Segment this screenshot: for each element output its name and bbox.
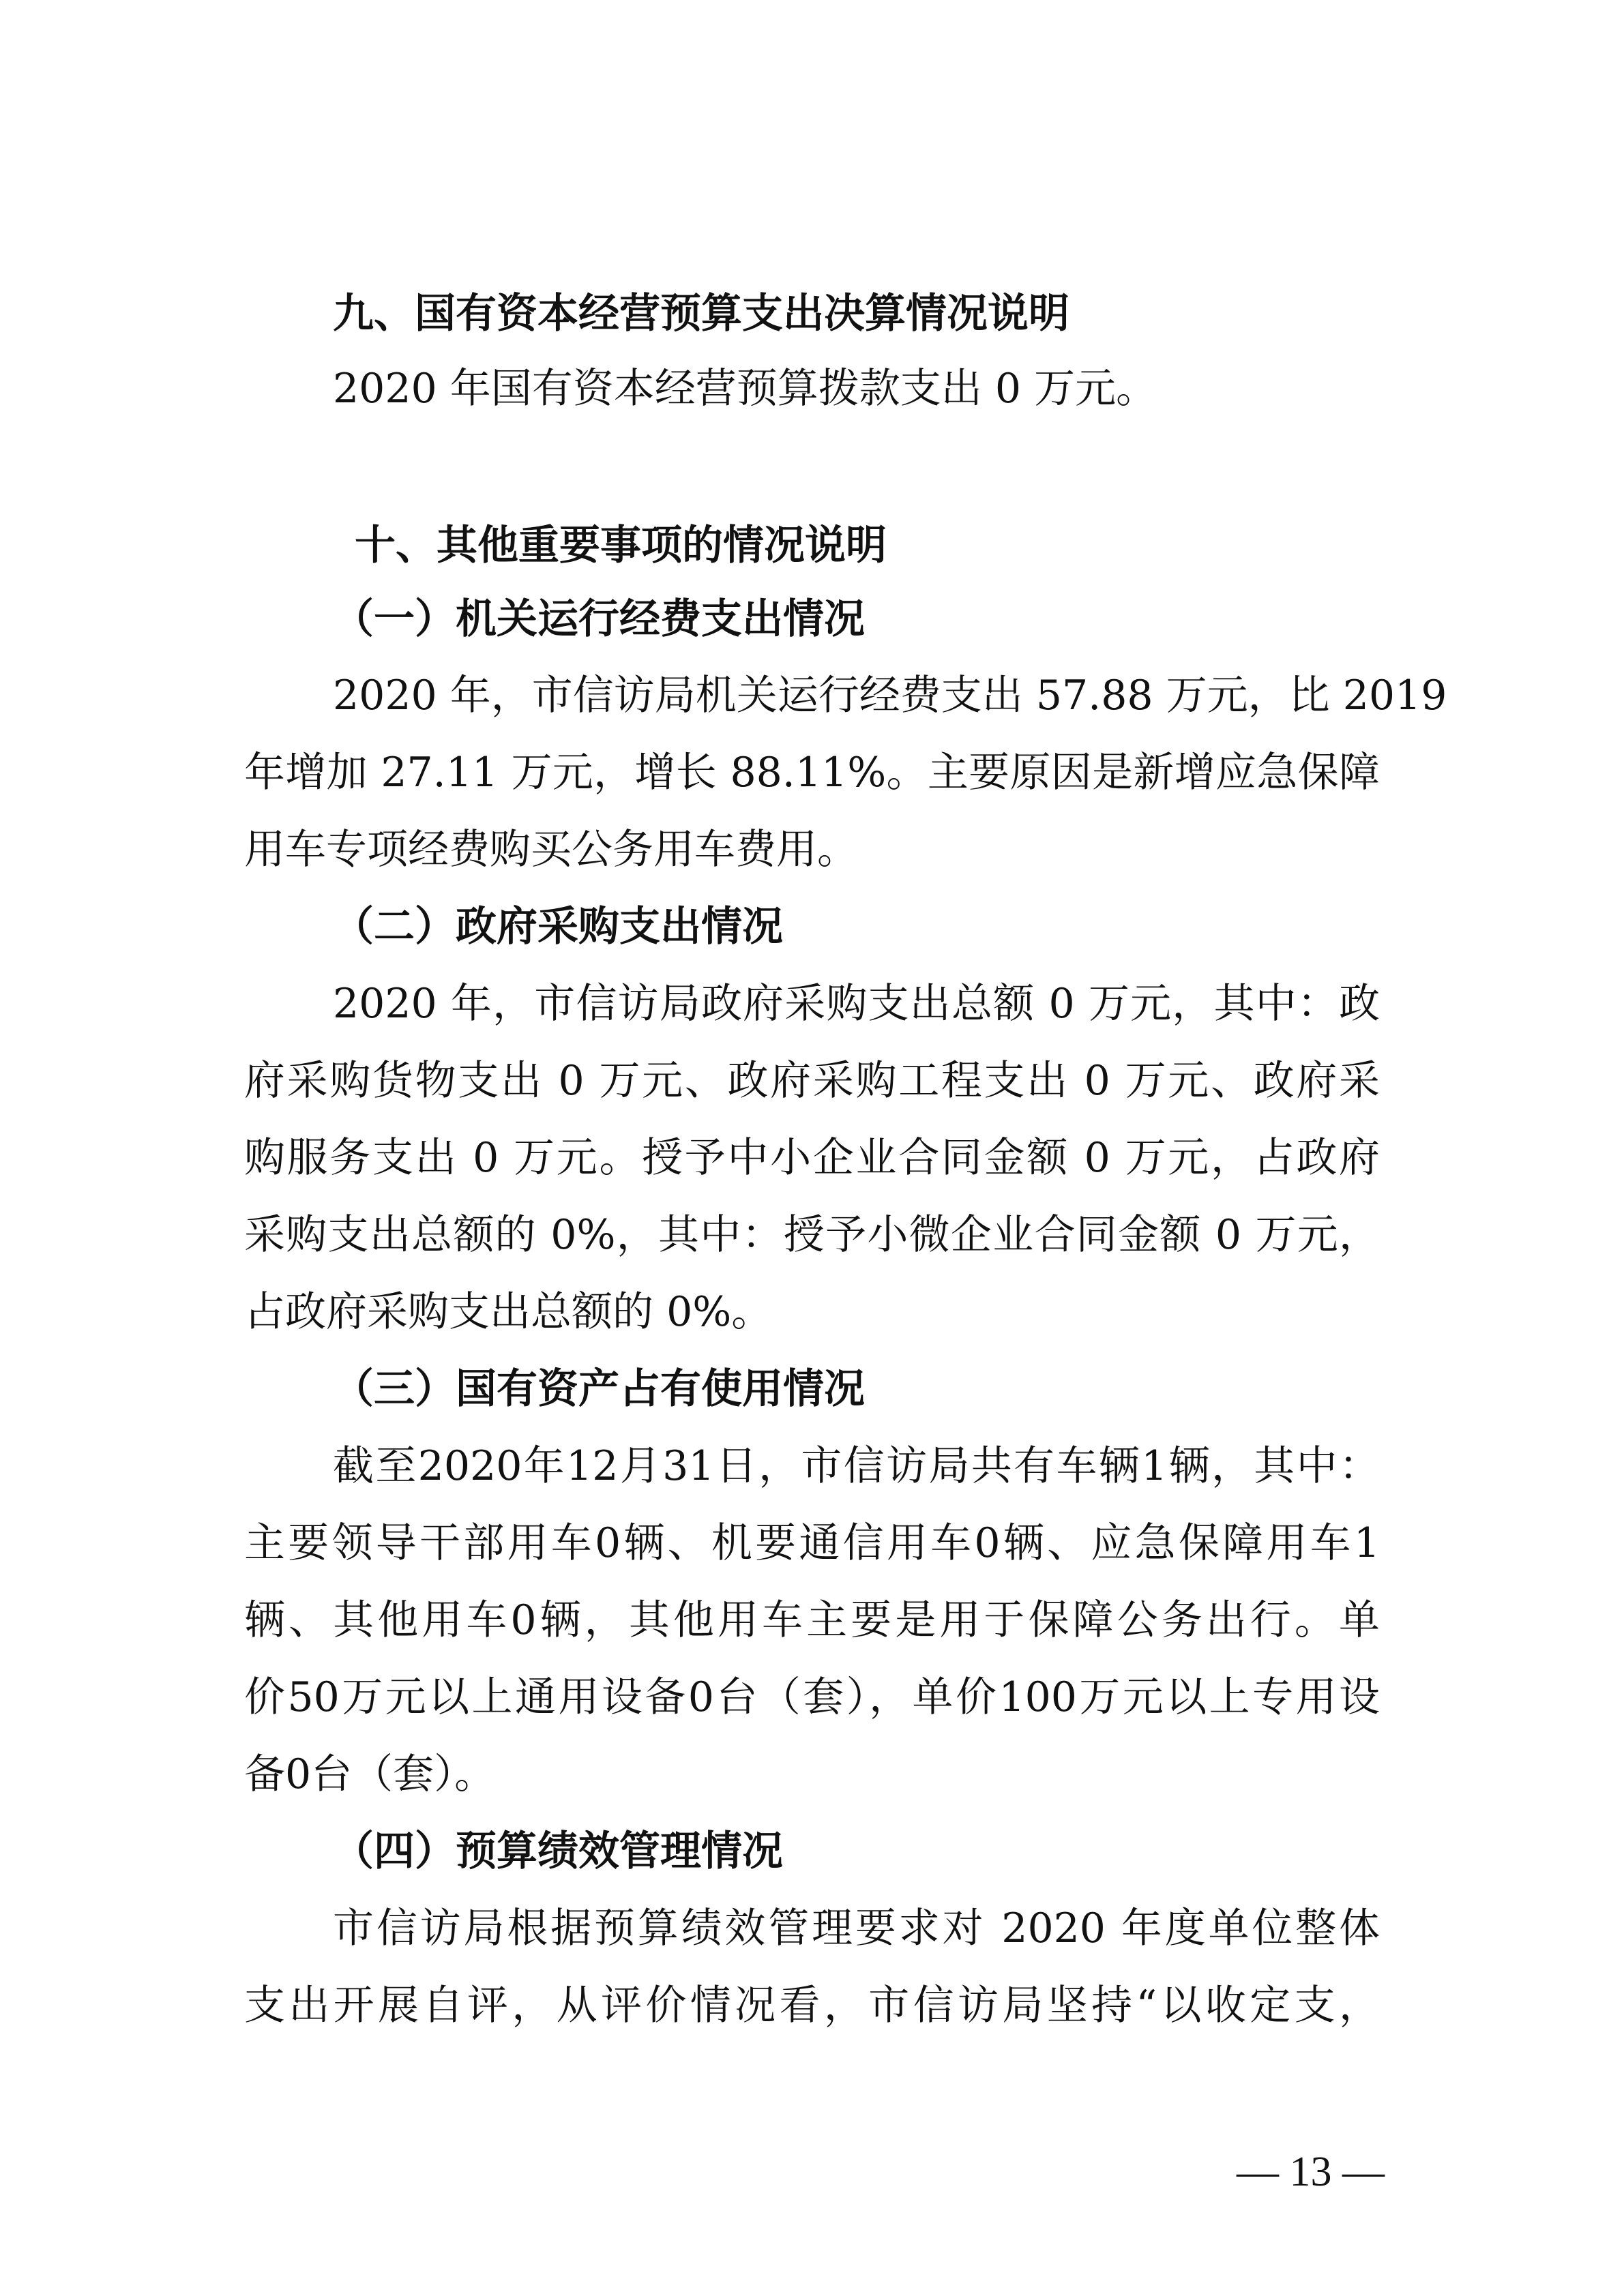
subsection-heading-1: （一）机关运行经费支出情况	[333, 592, 1468, 646]
paragraph-line: 年增加 27.11 万元，增长 88.11%。主要原因是新增应急保障	[244, 745, 1380, 800]
subsection-heading-2: （二）政府采购支出情况	[333, 899, 1468, 954]
paragraph-line: 购服务支出 0 万元。授予中小企业合同金额 0 万元，占政府	[244, 1131, 1380, 1185]
paragraph-line: 采购支出总额的 0%，其中：授予小微企业合同金额 0 万元，	[244, 1208, 1380, 1262]
section-heading-9: 九、国有资本经营预算支出决算情况说明	[333, 286, 1468, 341]
paragraph-line: 2020 年国有资本经营预算拨款支出 0 万元。	[333, 361, 1380, 416]
document-page: 九、国有资本经营预算支出决算情况说明 2020 年国有资本经营预算拨款支出 0 …	[0, 0, 1624, 2296]
paragraph-line: 2020 年，市信访局政府采购支出总额 0 万元，其中：政	[333, 976, 1380, 1031]
paragraph-line: 市信访局根据预算绩效管理要求对 2020 年度单位整体	[333, 1901, 1380, 1956]
paragraph-line: 2020 年，市信访局机关运行经费支出 57.88 万元，比 2019	[333, 668, 1380, 723]
paragraph-line: 府采购货物支出 0 万元、政府采购工程支出 0 万元、政府采	[244, 1054, 1380, 1108]
paragraph-line: 截至2020年12月31日，市信访局共有车辆1辆，其中：	[333, 1439, 1380, 1493]
page-number: — 13 —	[1221, 2145, 1385, 2199]
paragraph-line: 主要领导干部用车0辆、机要通信用车0辆、应急保障用车1	[244, 1516, 1380, 1570]
paragraph-line: 支出开展自评，从评价情况看，市信访局坚持“以收定支，	[244, 1978, 1380, 2033]
paragraph-line: 辆、其他用车0辆，其他用车主要是用于保障公务出行。单	[244, 1593, 1380, 1648]
paragraph-line: 备0台（套）。	[244, 1747, 1380, 1802]
paragraph-line: 用车专项经费购买公务用车费用。	[244, 822, 1380, 877]
subsection-heading-4: （四）预算绩效管理情况	[333, 1824, 1468, 1879]
subsection-heading-3: （三）国有资产占有使用情况	[333, 1362, 1468, 1416]
paragraph-line: 价50万元以上通用设备0台（套），单价100万元以上专用设	[244, 1670, 1380, 1725]
paragraph-line: 占政府采购支出总额的 0%。	[244, 1285, 1380, 1339]
section-heading-10: 十、其他重要事项的情况说明	[355, 518, 1490, 573]
